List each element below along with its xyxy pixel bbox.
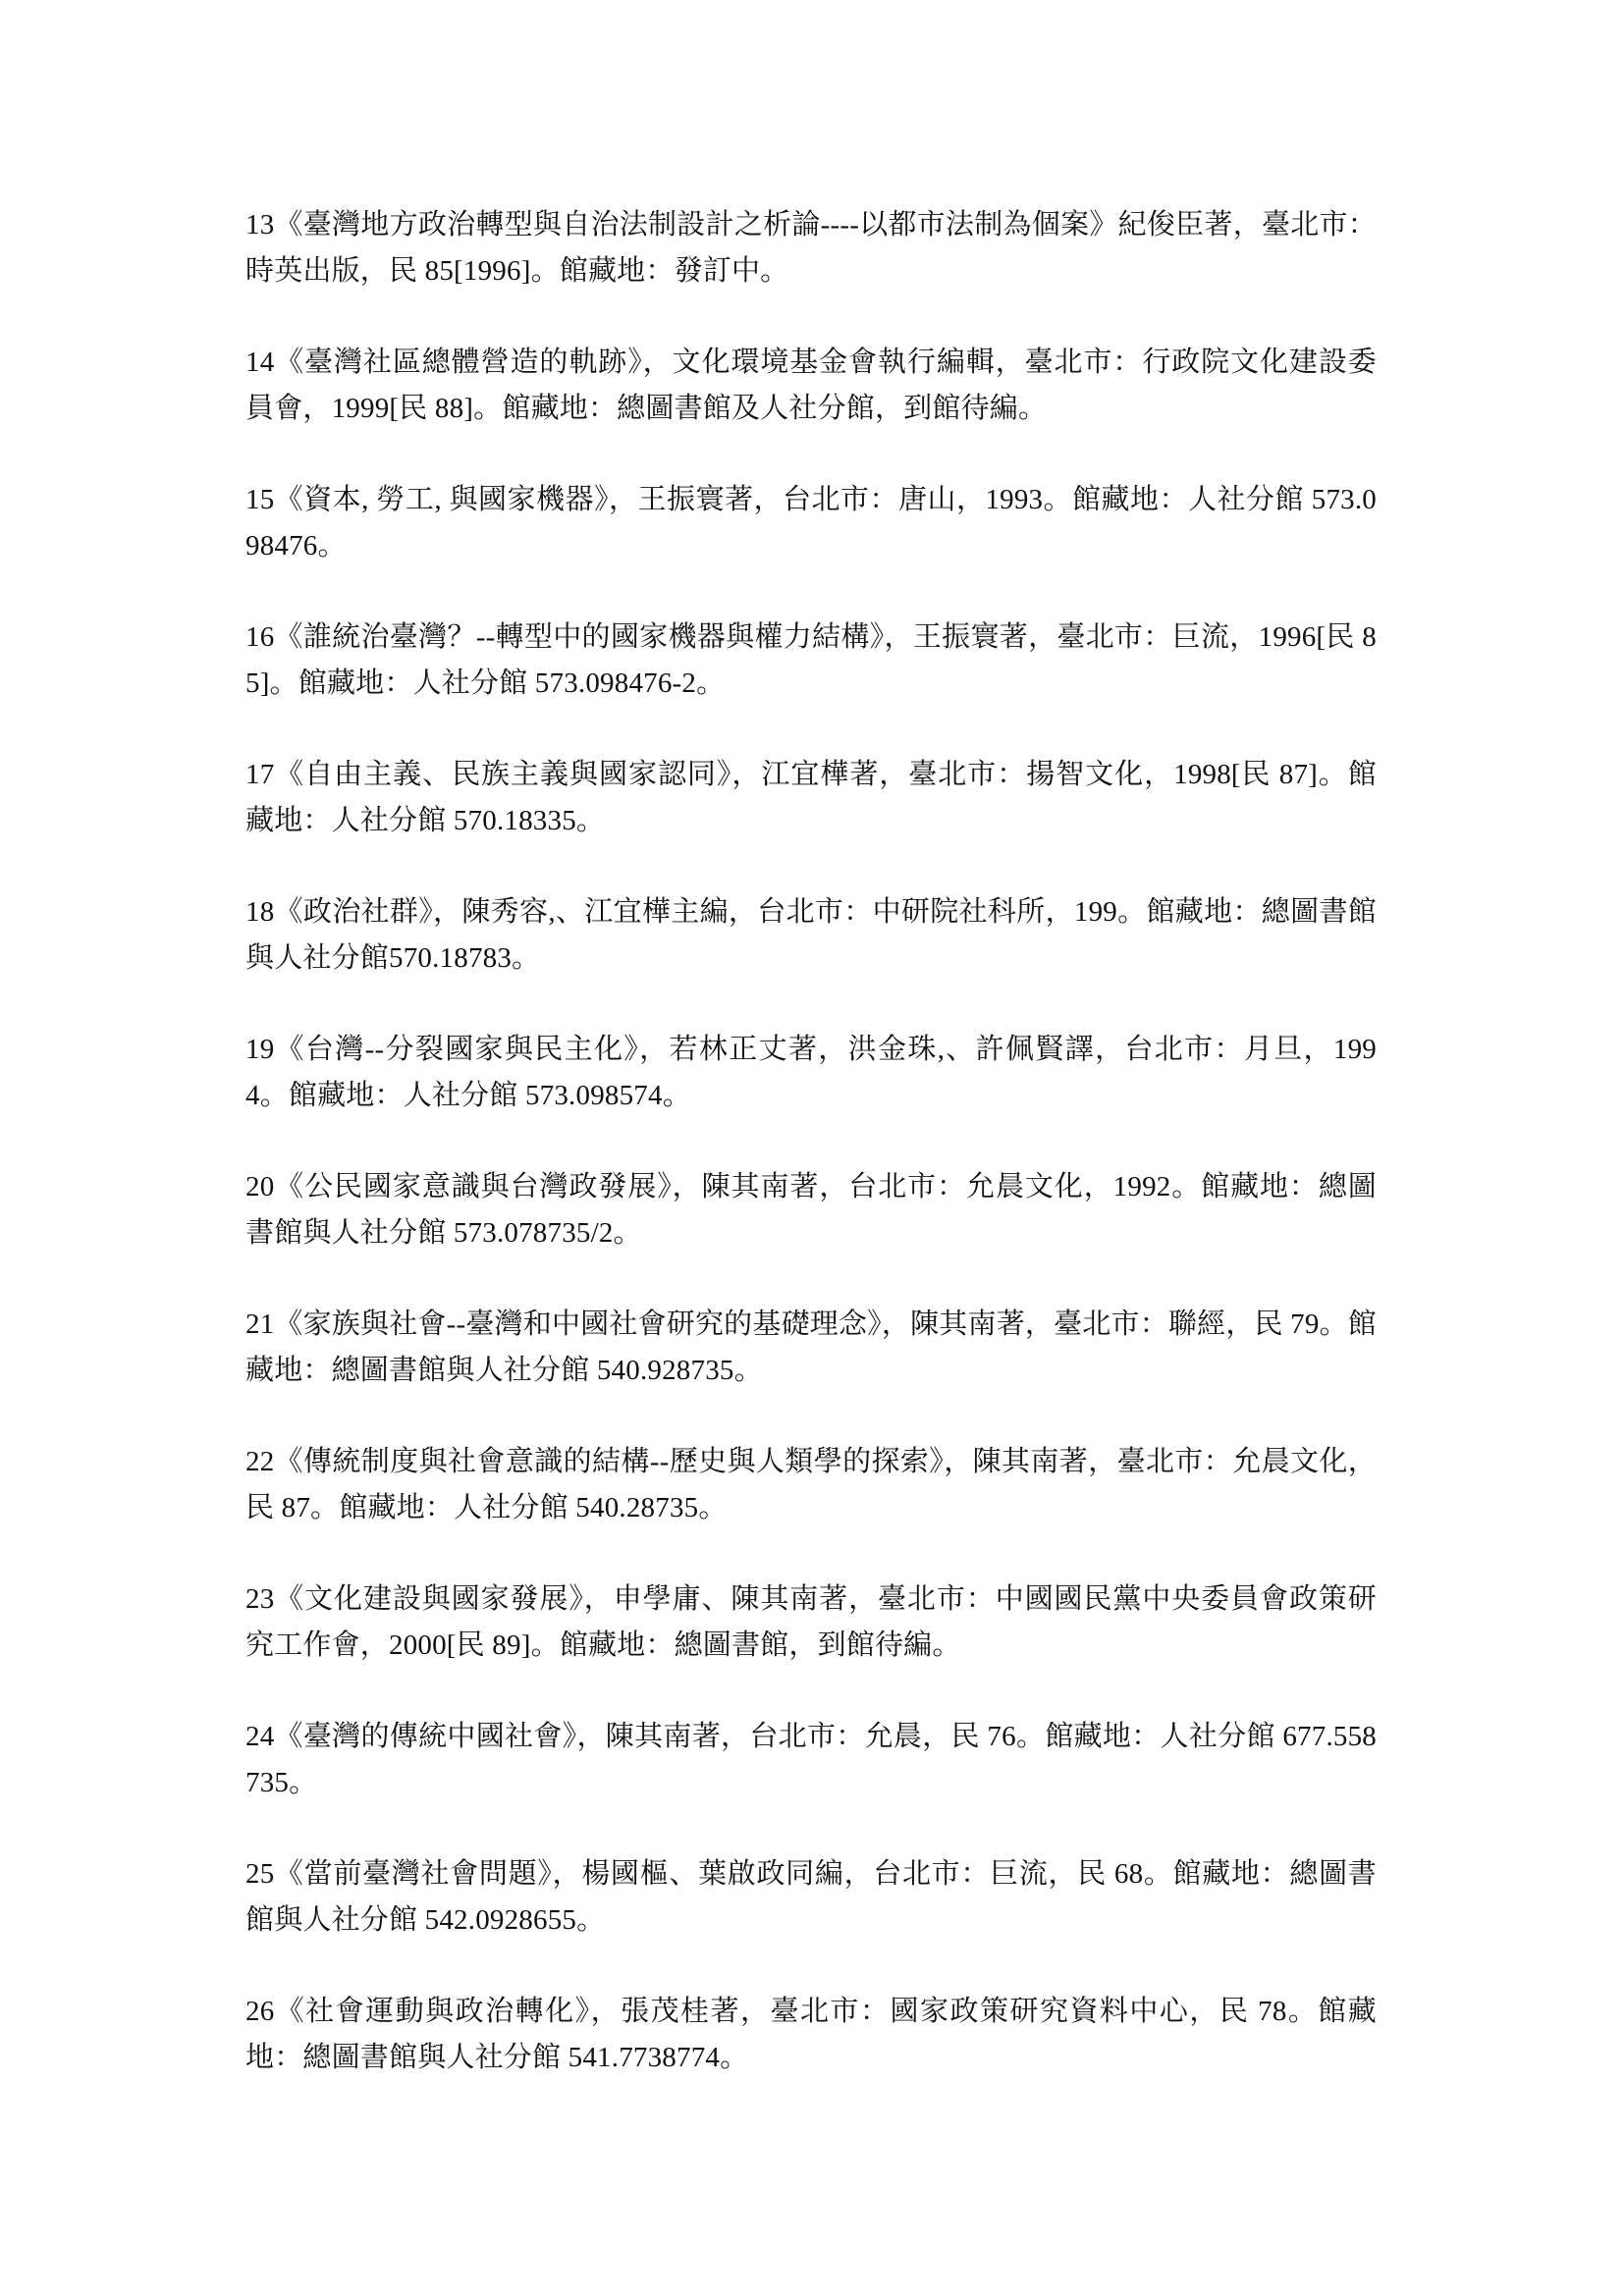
bibliography-entry-17: 17《自由主義、民族主義與國家認同》，江宜樺著，臺北市：揚智文化，1998[民 …	[245, 752, 1377, 844]
bibliography-entry-26: 26《社會運動與政治轉化》，張茂桂著，臺北市：國家政策研究資料中心，民 78。館…	[245, 1989, 1377, 2081]
bibliography-entry-22: 22《傳統制度與社會意識的結構--歷史與人類學的探索》，陳其南著，臺北市：允晨文…	[245, 1439, 1377, 1531]
bibliography-entry-15: 15《資本, 勞工, 與國家機器》，王振寰著，台北市：唐山，1993。館藏地：人…	[245, 477, 1377, 569]
bibliography-entry-25: 25《當前臺灣社會問題》，楊國樞、葉啟政同編，台北市：巨流，民 68。館藏地：總…	[245, 1851, 1377, 1944]
bibliography-entry-16: 16《誰統治臺灣？--轉型中的國家機器與權力結構》，王振寰著，臺北市：巨流，19…	[245, 614, 1377, 707]
bibliography-entry-18: 18《政治社群》，陳秀容,、江宜樺主編，台北市：中研院社科所，199。館藏地：總…	[245, 889, 1377, 982]
bibliography-entry-21: 21《家族與社會--臺灣和中國社會研究的基礎理念》，陳其南著，臺北市：聯經，民 …	[245, 1302, 1377, 1394]
bibliography-entry-19: 19《台灣--分裂國家與民主化》，若林正丈著，洪金珠,、許佩賢譯，台北市：月旦，…	[245, 1027, 1377, 1119]
bibliography-entry-23: 23《文化建設與國家發展》，申學庸、陳其南著，臺北市：中國國民黨中央委員會政策研…	[245, 1576, 1377, 1669]
bibliography-entry-20: 20《公民國家意識與台灣政發展》，陳其南著，台北市：允晨文化，1992。館藏地：…	[245, 1164, 1377, 1256]
bibliography-entry-13: 13《臺灣地方政治轉型與自治法制設計之析論----以都市法制為個案》紀俊臣著，臺…	[245, 202, 1377, 294]
bibliography-page: 13《臺灣地方政治轉型與自治法制設計之析論----以都市法制為個案》紀俊臣著，臺…	[245, 202, 1377, 2126]
bibliography-entry-24: 24《臺灣的傳統中國社會》，陳其南著，台北市：允晨，民 76。館藏地：人社分館 …	[245, 1714, 1377, 1806]
bibliography-entry-14: 14《臺灣社區總體營造的軌跡》，文化環境基金會執行編輯，臺北市：行政院文化建設委…	[245, 340, 1377, 432]
